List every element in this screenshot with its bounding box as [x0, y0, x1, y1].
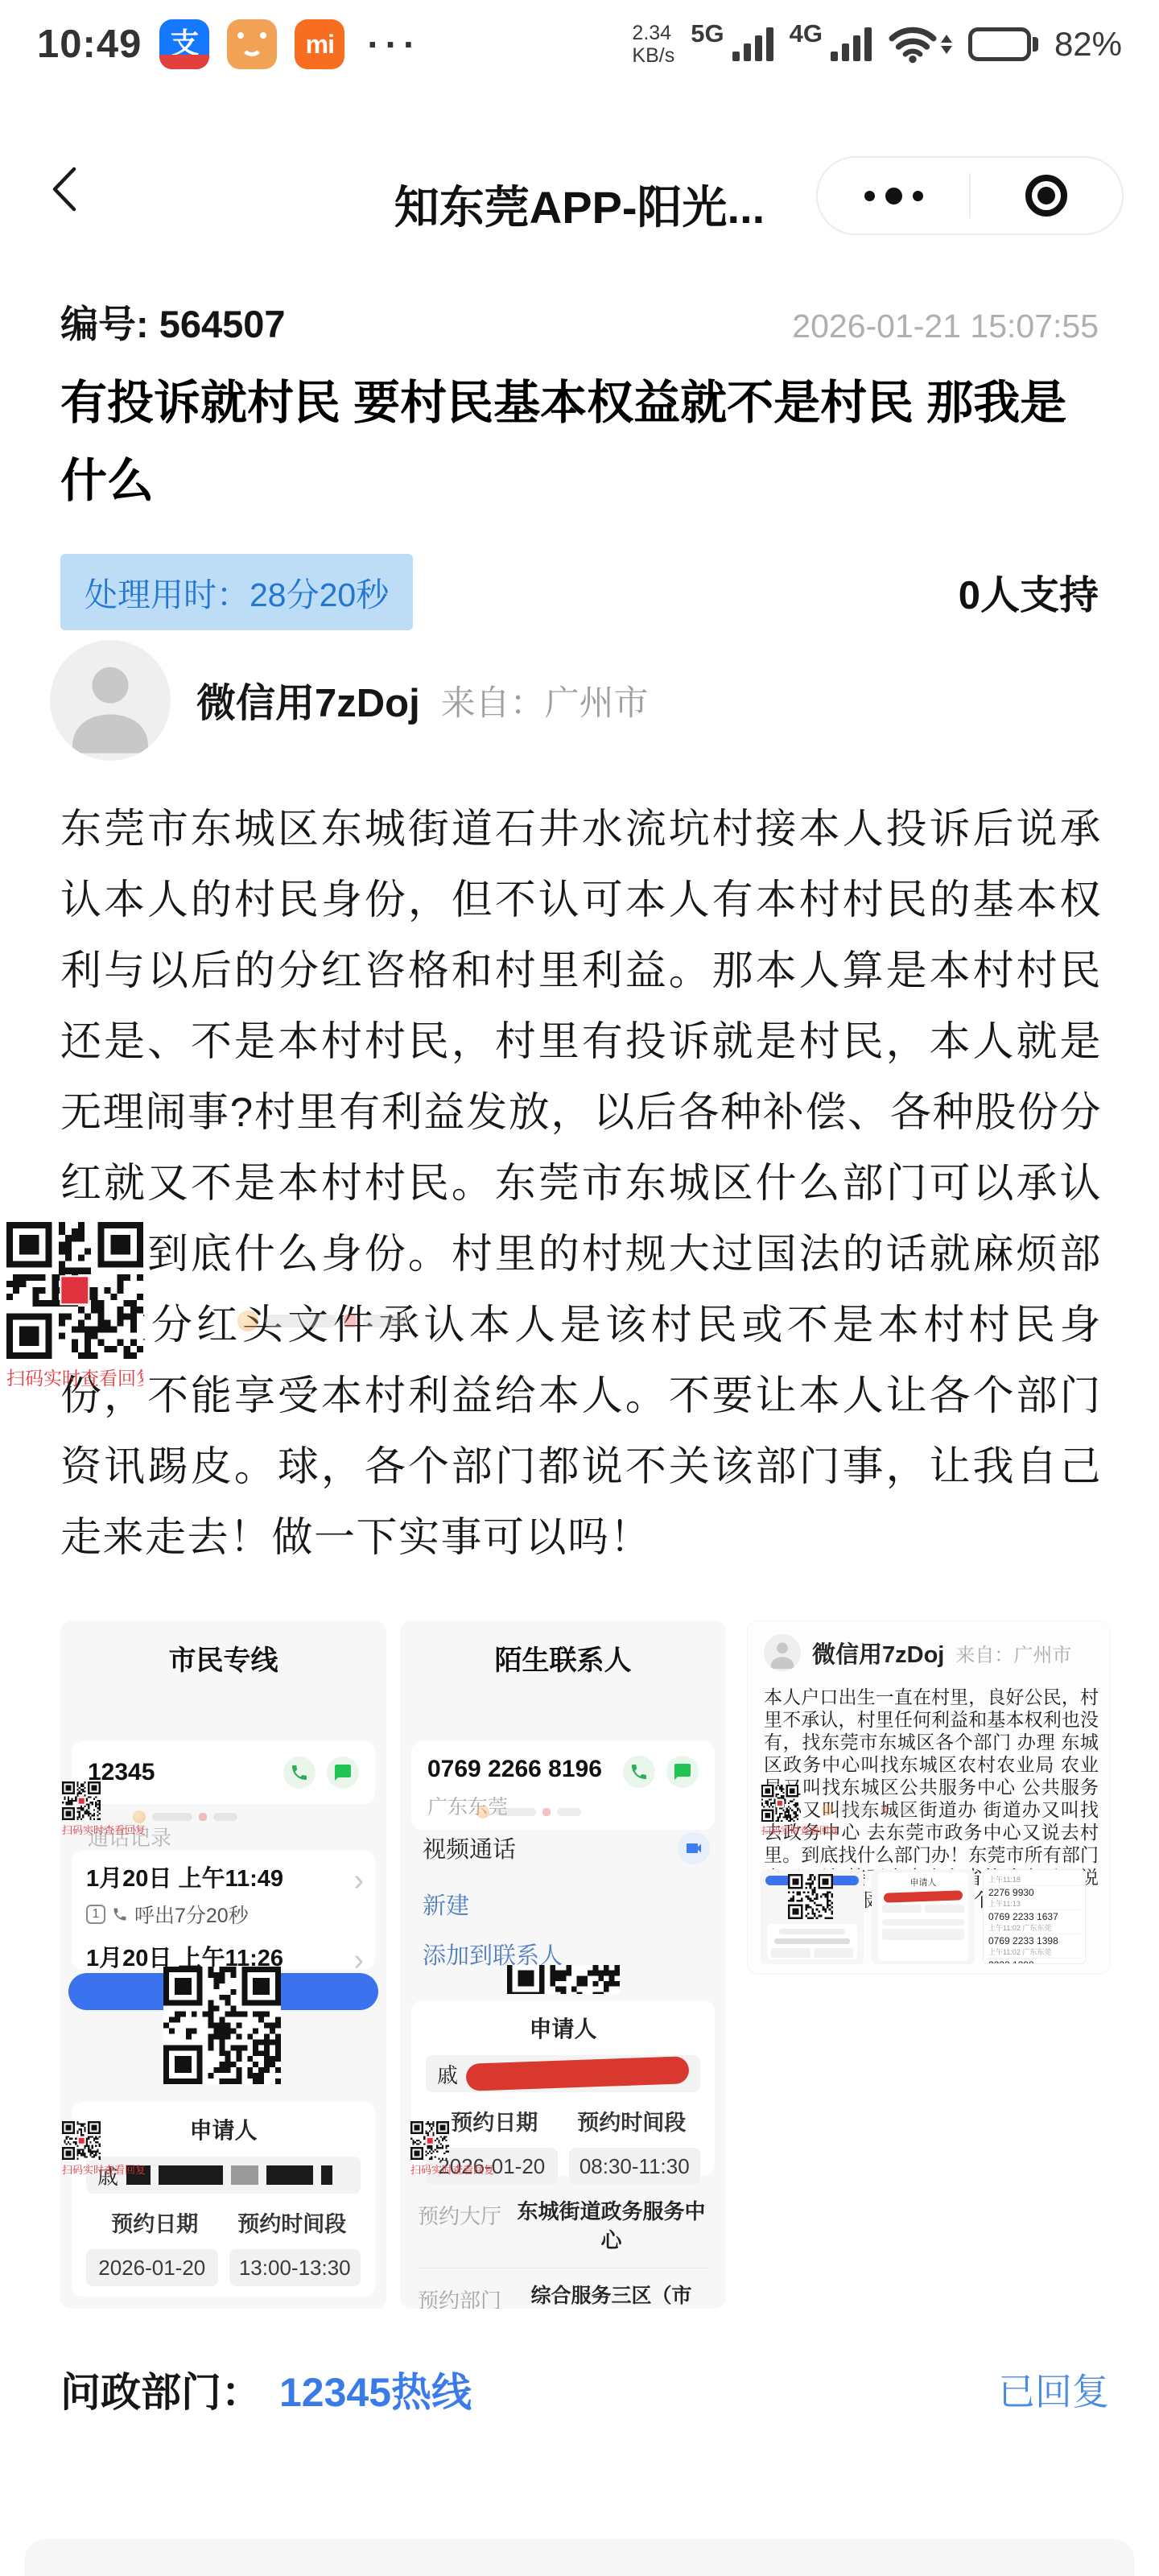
post-status-row: 处理用时：28分20秒 0人支持: [60, 554, 1099, 630]
author-origin: 来自：广州市: [441, 676, 649, 725]
message-icon: [327, 1757, 359, 1789]
attachments-row: 市民专线 12345 通话记录: [60, 1620, 1111, 2311]
nav-bar: 知东莞APP-阳光...: [0, 89, 1159, 258]
miniprogram-capsule: [816, 156, 1124, 235]
repost-thumbnails: 申请人 上午11:18 2276 9930上午11:13 0769 2233 1…: [761, 1869, 1086, 1964]
qr-code: [507, 1965, 620, 1994]
red-redaction-scribble: [466, 2056, 690, 2091]
wifi-icon: [888, 25, 952, 64]
appointment-info: 预约大厅 东城街道政务服务中心 预约部门 综合服务三区（市监、不动产、其他综合业…: [400, 2184, 726, 2309]
post-title: 有投诉就村民 要村民基本权益就不是村民 那我是什么: [60, 364, 1107, 520]
signal-4g-icon: 4G: [790, 27, 872, 61]
smiley-notification-icon: [227, 19, 277, 69]
qr-watermark: 扫码实时查看回复: [6, 1222, 143, 1390]
qr-code: [788, 1874, 833, 1919]
xiaomi-notification-icon: mi: [295, 19, 344, 69]
dept-label: 预约部门: [418, 2281, 514, 2309]
target-icon: [1025, 175, 1067, 217]
call-row[interactable]: 1月20日 上午11:49 1 呼出7分20秒 ›: [72, 1851, 375, 1929]
supporters-count[interactable]: 0人支持: [959, 564, 1099, 621]
department-label: 问政部门：: [60, 2360, 262, 2418]
app-screen: 10:49 支 mi ··· 2.34 KB/s 5G 4G: [0, 0, 1159, 2576]
post-meta: 编号: 564507 2026-01-21 15:07:55: [60, 295, 1099, 349]
video-call-icon: [678, 1832, 710, 1864]
processing-time-badge: 处理用时：28分20秒: [60, 554, 413, 630]
attachment-phone-screenshot[interactable]: 市民专线 12345 通话记录: [60, 1620, 386, 2309]
applicant-name-redacted: 戚: [426, 2055, 700, 2092]
mini-screenshot-applicant: 申请人: [872, 1869, 975, 1964]
site-watermark: [237, 1311, 408, 1331]
citizen-hotline-title: 市民专线: [60, 1638, 386, 1678]
mini-screenshot-calllog: 上午11:18 2276 9930上午11:13 0769 2233 1637上…: [983, 1869, 1086, 1964]
qr-code: [761, 1785, 798, 1822]
appointment-time: 08:30-11:30: [569, 2148, 701, 2185]
attachment-contact-screenshot[interactable]: 陌生联系人 0769 2266 8196 广东东莞: [400, 1620, 726, 2309]
time-label: 预约时间段: [563, 2105, 701, 2136]
avatar: [764, 1634, 801, 1671]
stranger-contact-title: 陌生联系人: [400, 1638, 726, 1678]
appointment-date: 2026-01-20: [86, 2249, 218, 2286]
status-bar: 10:49 支 mi ··· 2.34 KB/s 5G 4G: [0, 0, 1159, 89]
site-watermark: [476, 1806, 581, 1818]
time-label: 预约时间段: [224, 2207, 361, 2238]
ellipsis-icon: [864, 188, 923, 204]
qr-code: [62, 2121, 101, 2160]
repost-author-row: 微信用7zDoj 来自：广州市: [764, 1634, 1100, 1671]
post-id: 编号: 564507: [60, 295, 286, 349]
qr-code: [62, 1781, 101, 1820]
reply-card-top: [24, 2539, 1135, 2576]
call-log-card: 1月20日 上午11:49 1 呼出7分20秒 › 1月20日 上午11:26 …: [72, 1851, 375, 1970]
message-icon: [666, 1756, 699, 1788]
footer-row: 问政部门： 12345热线 已回复: [60, 2360, 1109, 2418]
mini-screenshot-qr: [761, 1869, 864, 1964]
qr-watermark: 扫码实时查看回复: [62, 1781, 159, 1837]
video-call-row[interactable]: 视频通话: [423, 1831, 710, 1864]
call-icon: [283, 1757, 316, 1789]
attachment-post-screenshot[interactable]: 微信用7zDoj 来自：广州市 本人户口出生一直在村里，良好公民，村里不承认，村…: [747, 1620, 1111, 1975]
repost-origin: 来自：广州市: [955, 1639, 1071, 1667]
replied-status: 已回复: [998, 2363, 1109, 2416]
chevron-right-icon: ›: [353, 1865, 364, 1896]
battery-percent: 82%: [1054, 25, 1122, 64]
qr-watermark: 扫码实时查看回复: [62, 2121, 159, 2177]
new-contact-action[interactable]: 新建: [423, 1888, 469, 1921]
call-icon: [623, 1756, 655, 1788]
qr-watermark: 扫码实时查看回复: [761, 1785, 850, 1837]
close-miniprogram-button[interactable]: [971, 158, 1122, 233]
author-row: 微信用7zDoj 来自：广州市: [50, 640, 649, 761]
department-link[interactable]: 12345热线: [279, 2360, 472, 2418]
appointment-qr-code: [163, 1967, 281, 2084]
repost-author: 微信用7zDoj: [812, 1637, 944, 1670]
post-datetime: 2026-01-21 15:07:55: [792, 308, 1099, 345]
qr-band: [400, 1965, 726, 1994]
applicant-label: 申请人: [411, 2000, 715, 2044]
battery-icon: [968, 27, 1038, 61]
dept-value: 综合服务三区（市监、不动产、其他综合业务、市政公用服务等）: [514, 2281, 708, 2309]
qr-watermark: 扫码实时查看回复: [410, 2121, 507, 2177]
hall-value: 东城街道政务服务中心: [514, 2197, 708, 2255]
appointment-time: 13:00-13:30: [229, 2249, 361, 2286]
date-label: 预约日期: [86, 2207, 224, 2238]
clock: 10:49: [37, 22, 142, 67]
network-speed: 2.34 KB/s: [632, 22, 674, 67]
more-menu-button[interactable]: [818, 158, 969, 233]
qr-code: [6, 1222, 143, 1359]
hall-label: 预约大厅: [418, 2197, 514, 2230]
chevron-right-icon: ›: [353, 1945, 364, 1975]
post-body: 东莞市东城区东城街道石井水流坑村接本人投诉后说承认本人的村民身份，但不认可本人有…: [60, 794, 1102, 1573]
alipay-notification-icon: 支: [159, 19, 209, 69]
more-notifications-icon: ···: [367, 23, 421, 66]
qr-code: [410, 2121, 449, 2160]
author-name: 微信用7zDoj: [196, 672, 420, 729]
signal-5g-icon: 5G: [691, 27, 773, 61]
avatar: [50, 640, 171, 761]
contact-number: 0769 2266 8196: [427, 1756, 602, 1783]
